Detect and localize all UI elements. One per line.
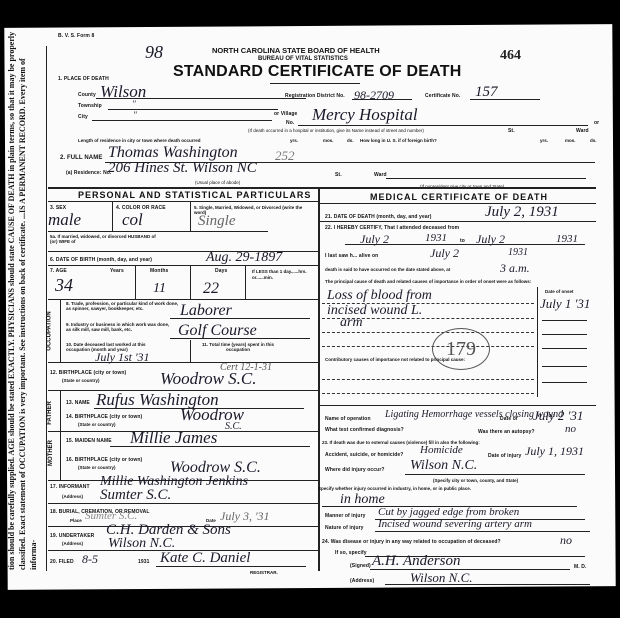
full-name-label: 2. FULL NAME xyxy=(60,155,102,161)
stamp-number: 464 xyxy=(500,48,521,64)
age-divider-1 xyxy=(135,265,136,299)
date-of-death-rule xyxy=(320,221,596,222)
state-board-title: NORTH CAROLINA STATE BOARD OF HEALTH xyxy=(212,46,380,55)
foreign-birth-label: How long in U. S. if of foreign birth? xyxy=(360,138,437,143)
county-label: County xyxy=(78,92,96,98)
birthplace-value: Woodrow S.C. xyxy=(160,369,257,389)
burial-place-value: Sumter S.C. xyxy=(85,510,137,522)
nature-line xyxy=(375,531,590,532)
principal-cause-label: The principal cause of death and related… xyxy=(325,279,595,284)
industry-label: 9. Industry or business in which work wa… xyxy=(66,322,171,332)
age-label: 7. AGE xyxy=(50,268,67,274)
dob-value: Aug. 29-1897 xyxy=(206,250,282,266)
sex-row-rule xyxy=(48,231,268,232)
attended-from-year: 1931 xyxy=(425,232,447,244)
father-birthplace-label: 14. BIRTHPLACE (city or town) xyxy=(66,414,142,420)
mother-birthplace-label: 16. BIRTHPLACE (city or town) xyxy=(66,457,142,463)
mother-name-value: Millie James xyxy=(130,428,217,448)
city-label: City xyxy=(78,114,88,120)
undertaker-address-label: (Address) xyxy=(62,541,83,546)
margin-divider xyxy=(46,46,47,571)
last-saw-year: 1931 xyxy=(508,247,528,258)
sex-value: male xyxy=(48,210,81,230)
occupation-side-divider xyxy=(60,299,61,362)
no-label: No. xyxy=(286,120,294,126)
less-than-label: If LESS than 1 day......hrs. or......min… xyxy=(252,269,316,281)
signed-label: (Signed) xyxy=(350,563,371,569)
md-label: M. D. xyxy=(574,564,586,570)
mother-name-label: 15. MAIDEN NAME xyxy=(66,438,112,444)
confirmed-label: What test confirmed diagnosis? xyxy=(325,427,404,433)
informant-label: 17. INFORMANT xyxy=(50,484,90,490)
operation-date-value: July 2 '31 xyxy=(533,408,583,424)
physician-signature: A.H. Anderson xyxy=(372,553,460,570)
manner-value: Cut by jagged edge from broken xyxy=(378,506,519,518)
filed-year: 1931 xyxy=(138,559,150,565)
foreign-ds: ds. xyxy=(590,138,597,143)
registration-district-value: 98-2709 xyxy=(354,88,394,103)
or-label: or xyxy=(594,120,599,126)
trade-label: 8. Trade, profession, or particular kind… xyxy=(66,301,181,311)
form-id: B. V. S. Form 8 xyxy=(58,33,94,39)
file-number-stamp: 179 xyxy=(432,328,490,370)
residence-ward-label: Ward xyxy=(374,172,387,178)
burial-place-label: Place xyxy=(70,518,82,523)
onset-rule-2 xyxy=(542,334,587,335)
foreign-mos: mos. xyxy=(565,138,576,143)
certificate-line xyxy=(470,99,540,100)
industry-line xyxy=(170,338,310,339)
personal-section-title: PERSONAL AND STATISTICAL PARTICULARS xyxy=(78,190,311,200)
registration-district-label: Registration District No. xyxy=(285,93,345,99)
age-years-value: 34 xyxy=(55,275,73,296)
margin-instructions-text: tion should be carefully supplied. AGE s… xyxy=(6,30,42,570)
county-value: Wilson xyxy=(100,82,146,102)
contributory-label: Contributory causes of importance not re… xyxy=(325,357,525,362)
age-years-label: Years xyxy=(110,268,124,274)
residence-st-label: St. xyxy=(335,172,342,178)
race-value: col xyxy=(122,210,143,230)
race-divider xyxy=(190,201,191,231)
nature-label: Nature of injury xyxy=(325,525,364,531)
age-months-value: 11 xyxy=(153,281,166,297)
last-saw-label: I last saw h... alive on xyxy=(325,253,378,259)
cause-line-1: Loss of blood from xyxy=(327,288,432,304)
age-days-label: Days xyxy=(215,268,227,274)
cause-rule-4 xyxy=(322,346,534,347)
residence-value: 206 Hines St. Wilson NC xyxy=(108,160,257,177)
contributory-rule-2 xyxy=(322,393,534,394)
age-row-rule xyxy=(48,299,318,300)
informant-address-label: (Address) xyxy=(62,494,83,499)
onset-rule-4 xyxy=(542,366,587,367)
accident-label: Accident, suicide, or homicide? xyxy=(325,452,403,458)
onset-rule-3 xyxy=(542,348,587,349)
institution-line xyxy=(298,125,588,126)
dob-row-rule xyxy=(48,265,318,266)
autopsy-value: no xyxy=(565,423,576,435)
injury-where-line xyxy=(405,474,585,475)
filed-date-value: 8-5 xyxy=(82,552,98,567)
ward-line xyxy=(386,178,586,179)
spouse-label: 5a. If married, widowed, or divorced HUS… xyxy=(50,234,160,244)
injury-where-note: (Specify city or town, county, and State… xyxy=(433,478,518,483)
residence-label: (a) Residence: No. xyxy=(66,170,111,176)
title-rule xyxy=(270,83,360,84)
township-value: " xyxy=(132,99,136,109)
personal-header-rule xyxy=(48,201,318,202)
onset-label: Date of onset xyxy=(545,289,574,294)
filed-label: 20. FILED xyxy=(50,559,74,565)
cause-line-3: arm xyxy=(340,315,363,331)
age-days-value: 22 xyxy=(203,280,219,298)
institution-note: (If death occurred in a hospital or inst… xyxy=(248,128,424,133)
page-title: STANDARD CERTIFICATE OF DEATH xyxy=(173,63,461,81)
undertaker-label: 19. UNDERTAKER xyxy=(50,533,94,539)
column-divider xyxy=(318,189,320,571)
physician-address-label: (Address) xyxy=(350,578,374,584)
onset-rule-5 xyxy=(542,382,587,383)
operation-label: Name of operation xyxy=(325,416,371,422)
manner-label: Manner of injury xyxy=(325,513,366,519)
birthplace-label: 12. BIRTHPLACE (city or town) xyxy=(50,370,126,376)
certify-label: 22. I HEREBY CERTIFY, That I attended de… xyxy=(325,225,459,231)
informant-address-value: Sumter S.C. xyxy=(100,487,171,504)
birthplace-state-label: (State or country) xyxy=(62,378,100,383)
injury-where-label: Where did injury occur? xyxy=(325,467,385,473)
age-divider-3 xyxy=(245,265,246,299)
injury-date-value: July 1, 1931 xyxy=(525,444,584,459)
injury-date-label: Date of injury xyxy=(488,453,521,459)
parents-side-divider xyxy=(60,390,61,480)
onset-rule-1 xyxy=(542,320,587,321)
father-side-label: FATHER xyxy=(47,401,53,425)
contributory-rule-1 xyxy=(322,379,534,380)
dob-label: 6. DATE OF BIRTH (month, day, and year) xyxy=(50,257,152,263)
onset-date-value: July 1 '31 xyxy=(540,296,590,312)
or-village-label: or Village xyxy=(274,111,297,117)
city-value: " xyxy=(133,110,137,120)
marital-value: Single xyxy=(198,213,236,230)
nature-value: Incised wound severing artery arm xyxy=(378,518,532,530)
operation-date-label: Date of xyxy=(500,416,518,422)
foreign-yrs: yrs. xyxy=(540,138,548,143)
residence-ds: ds. xyxy=(347,138,354,143)
attended-line xyxy=(345,244,585,245)
father-birthplace-state-label: (State or country) xyxy=(78,422,116,427)
residence-mos: mos. xyxy=(323,138,334,143)
mother-name-line xyxy=(110,446,310,447)
main-table-top-rule xyxy=(48,187,596,189)
mother-birthplace-state-label: (State or country) xyxy=(78,465,116,470)
sex-divider xyxy=(112,201,113,231)
father-name-label: 13. NAME xyxy=(66,400,90,406)
institution-value: Mercy Hospital xyxy=(312,105,418,125)
registrar-line xyxy=(156,566,306,567)
cause-section-rule xyxy=(320,405,596,406)
autopsy-label: Was there an autopsy? xyxy=(478,429,535,435)
age-months-label: Months xyxy=(150,268,168,274)
cause-rule-3 xyxy=(322,332,534,333)
occupation-related-value: no xyxy=(560,533,572,548)
specify-label: Specify whether injury occurred in indus… xyxy=(318,486,471,491)
handwritten-number: 98 xyxy=(145,42,163,63)
age-divider-2 xyxy=(190,265,191,299)
mother-side-label: MOTHER xyxy=(48,440,54,466)
trade-line xyxy=(170,318,310,319)
total-time-label: 11. Total time (years) spent in this occ… xyxy=(198,342,278,352)
date-of-death-value: July 2, 1931 xyxy=(485,204,559,221)
registrar-signature: Kate C. Daniel xyxy=(160,550,250,567)
total-time-divider xyxy=(190,340,191,362)
occupation-related-label: 24. Was disease or injury in any way rel… xyxy=(322,539,501,545)
medical-section-title: MEDICAL CERTIFICATE OF DEATH xyxy=(370,192,548,202)
registration-line xyxy=(352,99,412,100)
registrar-label: REGISTRAR. xyxy=(250,570,278,575)
informant-row-rule xyxy=(48,503,318,504)
residence-length-label: Length of residence in city or town wher… xyxy=(78,138,201,143)
certificate-label: Certificate No. xyxy=(425,93,460,99)
death-time-value: 3 a.m. xyxy=(500,261,530,276)
city-line xyxy=(92,120,272,121)
county-line xyxy=(96,98,306,99)
last-saw-value: July 2 xyxy=(430,246,459,261)
occupation-side-label: OCCUPATION xyxy=(47,311,53,350)
bureau-title: BUREAU OF VITAL STATISTICS xyxy=(258,56,348,62)
accident-value: Homicide xyxy=(420,444,463,456)
residence-yrs: yrs. xyxy=(290,138,298,143)
st-label: St. xyxy=(508,128,515,134)
onset-column-divider xyxy=(537,287,538,397)
margin-instructions: tion should be carefully supplied. AGE s… xyxy=(6,30,44,570)
township-label: Township xyxy=(78,103,102,109)
occupation-row-rule xyxy=(48,362,318,363)
physician-address-line xyxy=(385,584,590,585)
injury-where-value: Wilson N.C. xyxy=(410,458,477,474)
if-so-label: If so, specify xyxy=(335,550,367,556)
residence-note: (Usual place of abode) xyxy=(195,180,240,185)
ward-label: Ward xyxy=(576,128,589,134)
date-of-death-label: 21. DATE OF DEATH (month, day, and year) xyxy=(325,214,432,220)
